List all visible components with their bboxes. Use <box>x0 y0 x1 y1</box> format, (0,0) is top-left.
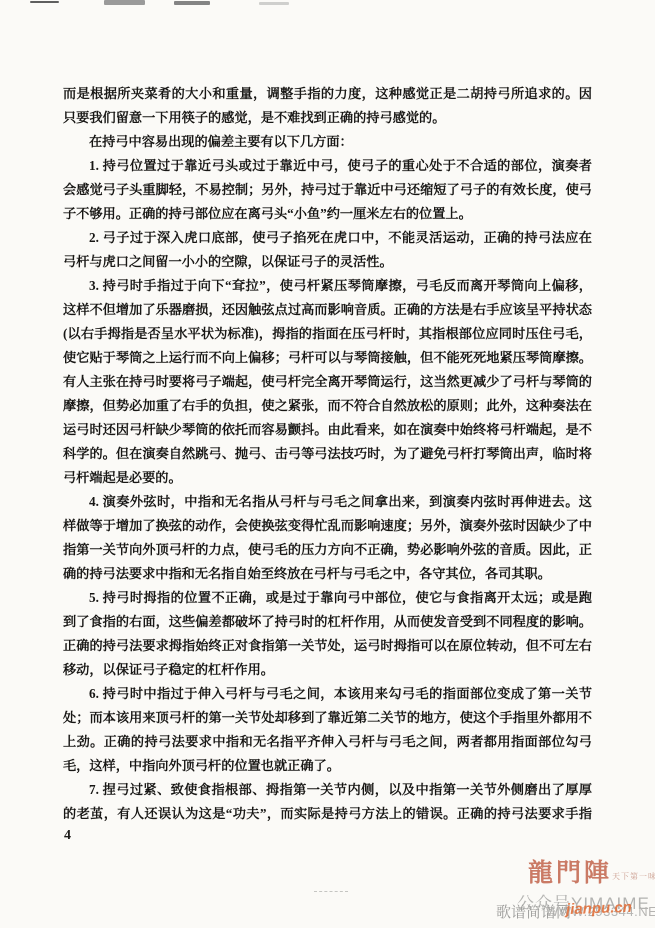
text-line: 移动，以保证弓子稳定的杠杆作用。 <box>63 658 592 682</box>
text-line: 使它贴于琴筒之上运行而不向上偏移；弓杆可以与琴筒接触，但不能死死地紧压琴筒摩擦。 <box>63 346 592 370</box>
text-line: 子不够用。正确的持弓部位应在离弓头“小鱼”约一厘米左右的位置上。 <box>63 202 592 226</box>
text-line: 只要我们留意一下用筷子的感觉，是不难找到正确的持弓感觉的。 <box>63 106 592 130</box>
text-line: 1. 持弓位置过于靠近弓头或过于靠近中弓，使弓子的重心处于不合适的部位，演奏者 <box>63 154 592 178</box>
scan-artifact <box>30 1 59 3</box>
text-line: 摩擦，但势必加重了右手的负担，使之紧张，而不符合自然放松的原则；此外，这种奏法在 <box>63 394 592 418</box>
scan-artifact <box>104 0 145 5</box>
text-line: 确的持弓法要求中指和无名指自始至终放在弓杆与弓毛之中，各守其位，各司其职。 <box>63 562 592 586</box>
text-block: 而是根据所夹菜肴的大小和重量，调整手指的力度，这种感觉正是二胡持弓所追求的。因此… <box>63 82 592 826</box>
watermark-overlay-url: jianpu.cn <box>566 899 632 918</box>
scan-artifact <box>259 2 289 5</box>
text-line: 处；而本该用来顶弓杆的第一关节处却移到了靠近第二关节的地方，使这个手指里外都用不 <box>63 706 592 730</box>
text-line: 5. 持弓时拇指的位置不正确，或是过于靠向弓中部位，使它与食指离开太远；或是跑 <box>63 586 592 610</box>
scan-smudge <box>314 891 348 895</box>
text-line: 会感觉弓子头重脚轻，不易控制；另外，持弓过于靠近中弓还缩短了弓子的有效长度，使弓 <box>63 178 592 202</box>
text-line: 样做等于增加了换弦的动作，会使换弦变得忙乱而影响速度；另外，演奏外弦时因缺少了中 <box>63 514 592 538</box>
text-line: 弓杆与虎口之间留一小小的空隙，以保证弓子的灵活性。 <box>63 250 592 274</box>
text-line: 这样不但增加了乐器磨损，还因触弦点过高而影响音质。正确的方法是右手应该呈平持状态 <box>63 298 592 322</box>
text-line: 2. 弓子过于深入虎口底部，使弓子掐死在虎口中，不能灵活运动，正确的持弓法应在 <box>63 226 592 250</box>
text-line: 弓杆端起是必要的。 <box>63 466 592 490</box>
text-line: 科学的。但在演奏自然跳弓、抛弓、击弓等弓法技巧时，为了避免弓杆打琴筒出声，临时将 <box>63 442 592 466</box>
text-line: 的老茧，有人还误认为这是“功夫”，而实际是持弓方法上的错误。正确的持弓法要求手指 <box>63 802 592 826</box>
text-line: 4. 演奏外弦时，中指和无名指从弓杆与弓毛之间拿出来，到演奏内弦时再伸进去。这 <box>63 490 592 514</box>
text-line: 有人主张在持弓时要将弓子端起，使弓杆完全离开琴筒运行，这当然更减少了弓杆与琴筒的 <box>63 370 592 394</box>
text-line: 7. 捏弓过紧、致使食指根部、拇指第一关节内侧，以及中指第一关节外侧磨出了厚厚 <box>63 778 592 802</box>
scanned-document-page: 而是根据所夹菜肴的大小和重量，调整手指的力度，这种感觉正是二胡持弓所追求的。因此… <box>0 0 655 928</box>
text-line: (以右手拇指是否呈水平状为标准)，拇指的指面在压弓杆时，其指根部位应同时压住弓毛… <box>63 322 592 346</box>
text-line: 运弓时还因弓杆缺少琴筒的依托而容易颤抖。由此看来，如在演奏中始终将弓杆端起，是不 <box>63 418 592 442</box>
text-line: 正确的持弓法要求拇指始终正对食指第一关节处，运弓时拇指可以在原位转动，但不可左右 <box>63 634 592 658</box>
text-line: 在持弓中容易出现的偏差主要有以下几方面： <box>63 130 592 154</box>
text-line: 上劲。正确的持弓法要求中指和无名指平齐伸入弓杆与弓毛之间，两者都用指面部位勾弓 <box>63 730 592 754</box>
text-line: 毛，这样，中指向外顶弓杆的位置也就正确了。 <box>63 754 592 778</box>
text-line: 到了食指的右面，这些偏差都破坏了持弓时的杠杆作用，从而使发音受到不同程度的影响。 <box>63 610 592 634</box>
page-number: 4 <box>64 828 71 844</box>
watermark-seal: 龍門陣 <box>528 853 612 889</box>
text-line: 指第一关节向外顶弓杆的力点，使弓毛的压力方向不正确，势必影响外弦的音质。因此，正 <box>63 538 592 562</box>
text-line: 3. 持弓时手指过于向下“耷拉”，使弓杆紧压琴筒摩擦，弓毛反而离开琴筒向上偏移， <box>63 274 592 298</box>
text-line: 而是根据所夹菜肴的大小和重量，调整手指的力度，这种感觉正是二胡持弓所追求的。因此… <box>63 82 592 106</box>
scan-artifact <box>174 1 210 5</box>
watermark-seal-tagline: 天下第一味 <box>612 871 655 882</box>
text-line: 6. 持弓时中指过于伸入弓杆与弓毛之间，本该用来勾弓毛的指面部位变成了第一关节 <box>63 682 592 706</box>
